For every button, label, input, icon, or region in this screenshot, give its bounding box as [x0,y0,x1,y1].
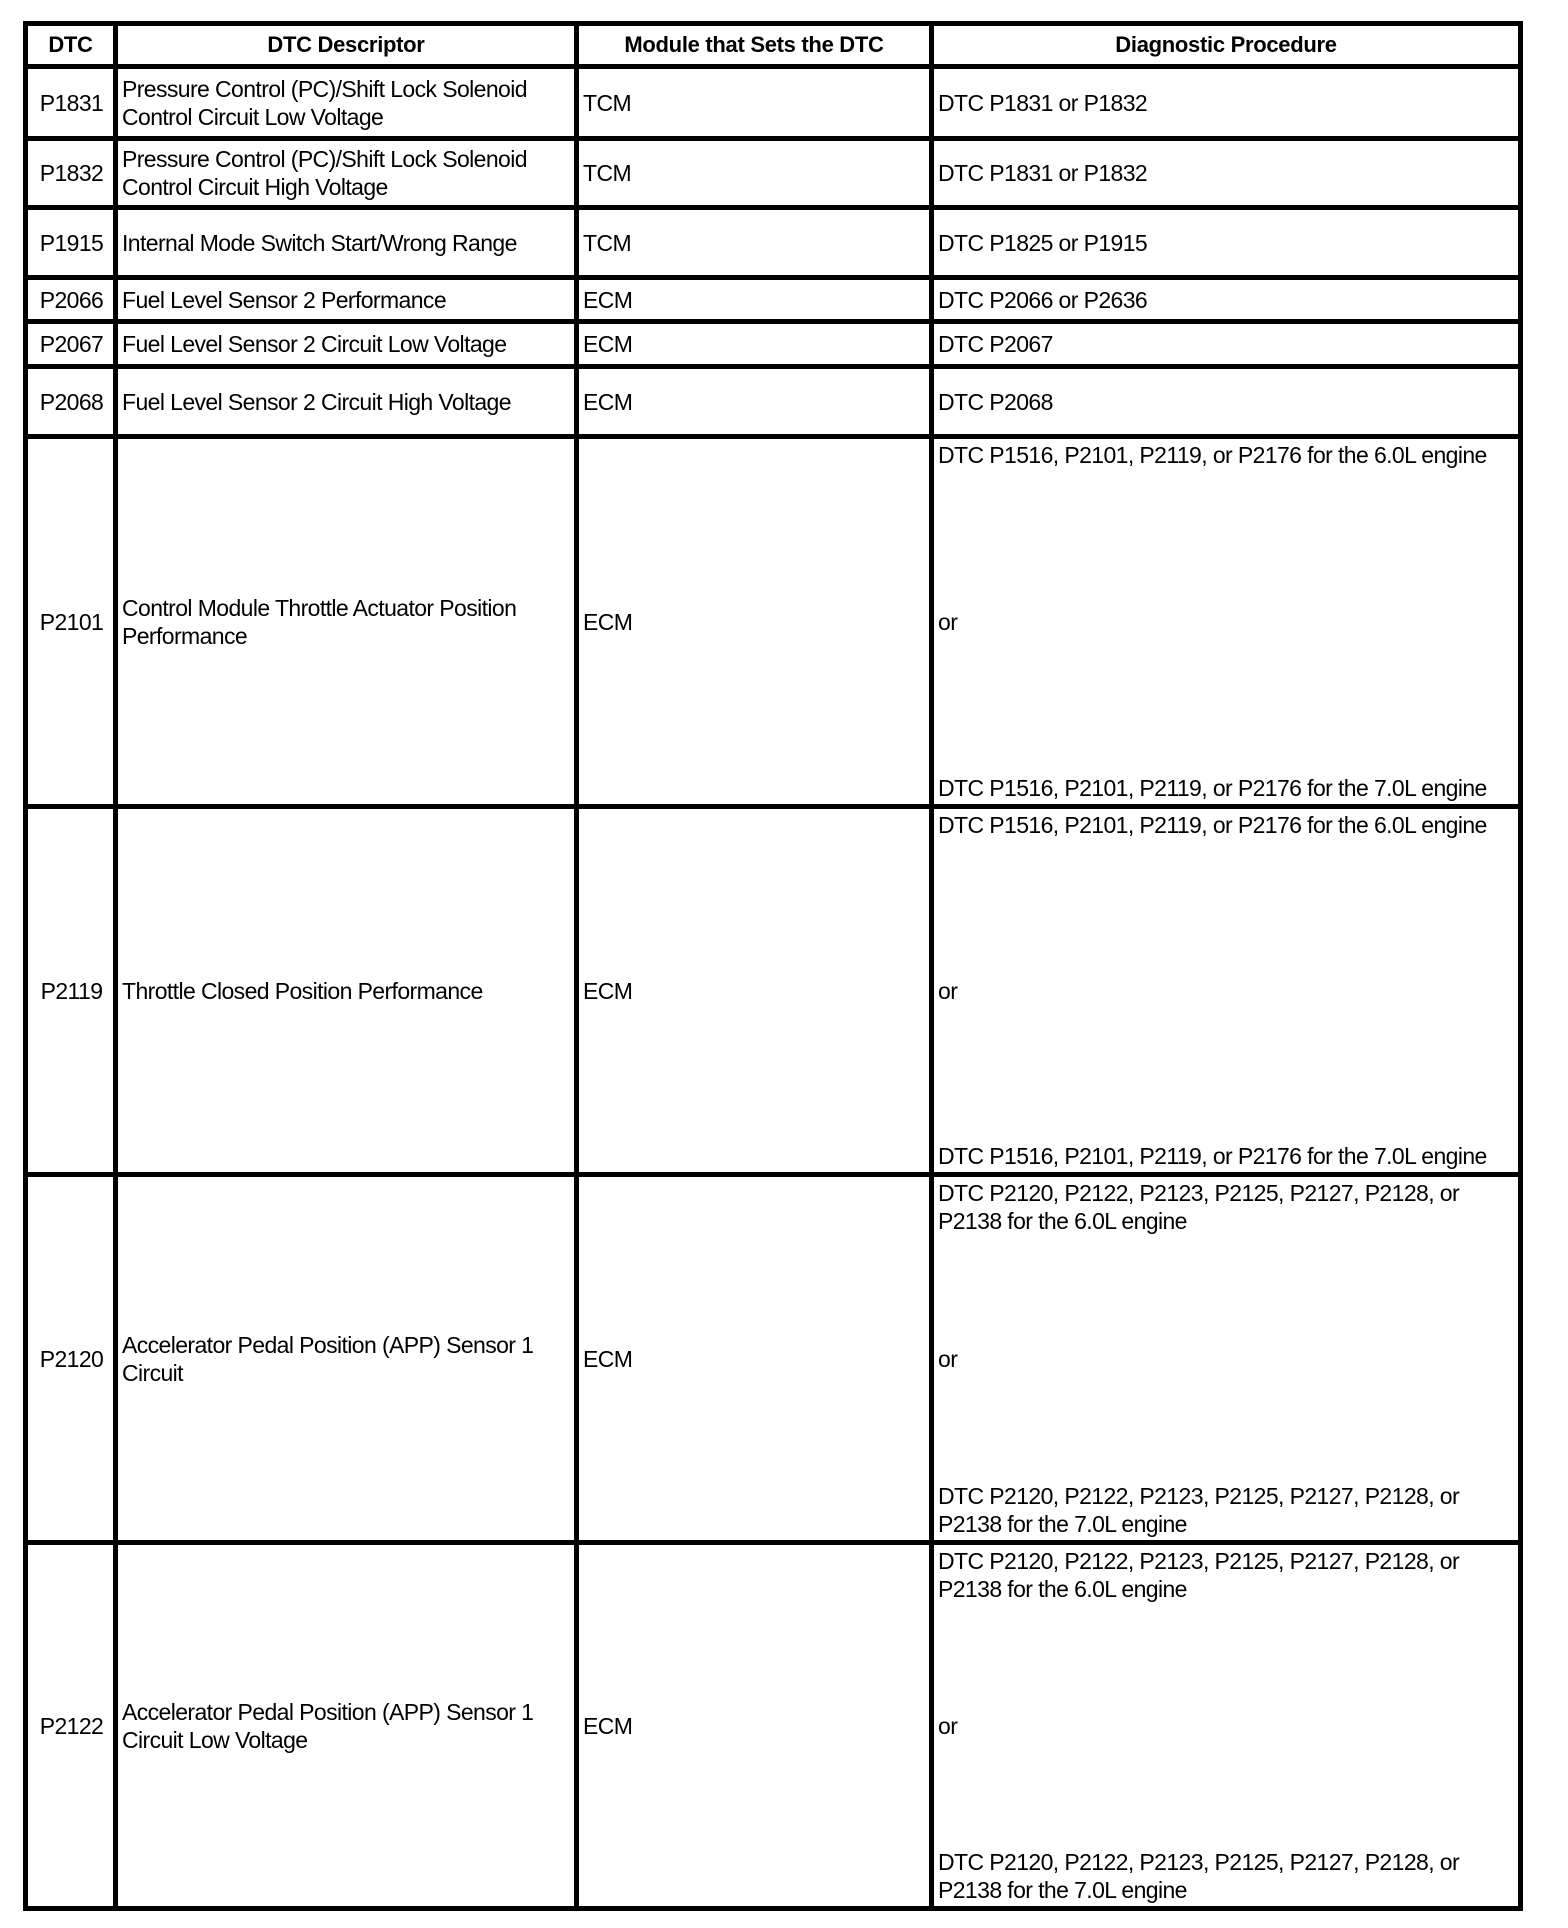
dtc-code: P2119 [28,809,113,1172]
diagnostic-procedure: DTC P2120, P2122, P2123, P2125, P2127, P… [934,1545,1518,1906]
dtc-table: DTCDTC DescriptorModule that Sets the DT… [23,21,1523,1911]
module-name: TCM [579,210,929,275]
row-divider [23,1906,1523,1911]
diagnostic-procedure: DTC P1516, P2101, P2119, or P2176 for th… [934,809,1518,1172]
procedure-option-7-0l: DTC P1516, P2101, P2119, or P2176 for th… [938,774,1510,802]
module-name: TCM [579,141,929,205]
dtc-descriptor: Internal Mode Switch Start/Wrong Range [118,210,574,275]
column-divider [1518,21,1523,1911]
module-name: ECM [579,1545,929,1906]
diagnostic-procedure: DTC P2066 or P2636 [934,280,1518,319]
diagnostic-procedure: DTC P1516, P2101, P2119, or P2176 for th… [934,439,1518,804]
dtc-code: P2068 [28,369,113,434]
procedure-option-6-0l: DTC P1516, P2101, P2119, or P2176 for th… [938,441,1510,469]
dtc-code: P2066 [28,280,113,319]
procedure-option-7-0l: DTC P2120, P2122, P2123, P2125, P2127, P… [938,1482,1510,1538]
dtc-descriptor: Fuel Level Sensor 2 Performance [118,280,574,319]
procedure-or: or [938,608,1510,636]
dtc-descriptor: Fuel Level Sensor 2 Circuit Low Voltage [118,324,574,364]
module-name: ECM [579,324,929,364]
dtc-descriptor: Control Module Throttle Actuator Positio… [118,439,574,804]
dtc-code: P2122 [28,1545,113,1906]
dtc-descriptor: Accelerator Pedal Position (APP) Sensor … [118,1545,574,1906]
dtc-code: P2067 [28,324,113,364]
dtc-code: P2120 [28,1177,113,1540]
procedure-or: or [938,1345,1510,1373]
dtc-descriptor: Accelerator Pedal Position (APP) Sensor … [118,1177,574,1540]
diagnostic-procedure: DTC P1825 or P1915 [934,210,1518,275]
header-module: Module that Sets the DTC [579,26,929,64]
dtc-code: P2101 [28,439,113,804]
diagnostic-procedure: DTC P2068 [934,369,1518,434]
diagnostic-procedure: DTC P1831 or P1832 [934,69,1518,136]
diagnostic-procedure: DTC P1831 or P1832 [934,141,1518,205]
header-diagnostic-procedure: Diagnostic Procedure [934,26,1518,64]
procedure-option-6-0l: DTC P2120, P2122, P2123, P2125, P2127, P… [938,1547,1510,1603]
module-name: ECM [579,809,929,1172]
dtc-descriptor: Throttle Closed Position Performance [118,809,574,1172]
diagnostic-procedure: DTC P2067 [934,324,1518,364]
procedure-or: or [938,977,1510,1005]
procedure-option-7-0l: DTC P2120, P2122, P2123, P2125, P2127, P… [938,1848,1510,1904]
dtc-descriptor: Pressure Control (PC)/Shift Lock Solenoi… [118,141,574,205]
dtc-code: P1832 [28,141,113,205]
dtc-descriptor: Fuel Level Sensor 2 Circuit High Voltage [118,369,574,434]
diagnostic-procedure: DTC P2120, P2122, P2123, P2125, P2127, P… [934,1177,1518,1540]
procedure-option-6-0l: DTC P2120, P2122, P2123, P2125, P2127, P… [938,1179,1510,1235]
module-name: ECM [579,369,929,434]
dtc-code: P1915 [28,210,113,275]
module-name: ECM [579,280,929,319]
dtc-descriptor: Pressure Control (PC)/Shift Lock Solenoi… [118,69,574,136]
dtc-code: P1831 [28,69,113,136]
module-name: ECM [579,439,929,804]
module-name: ECM [579,1177,929,1540]
header-dtc: DTC [28,26,113,64]
procedure-or: or [938,1712,1510,1740]
header-dtc-descriptor: DTC Descriptor [118,26,574,64]
procedure-option-7-0l: DTC P1516, P2101, P2119, or P2176 for th… [938,1142,1510,1170]
procedure-option-6-0l: DTC P1516, P2101, P2119, or P2176 for th… [938,811,1510,839]
module-name: TCM [579,69,929,136]
